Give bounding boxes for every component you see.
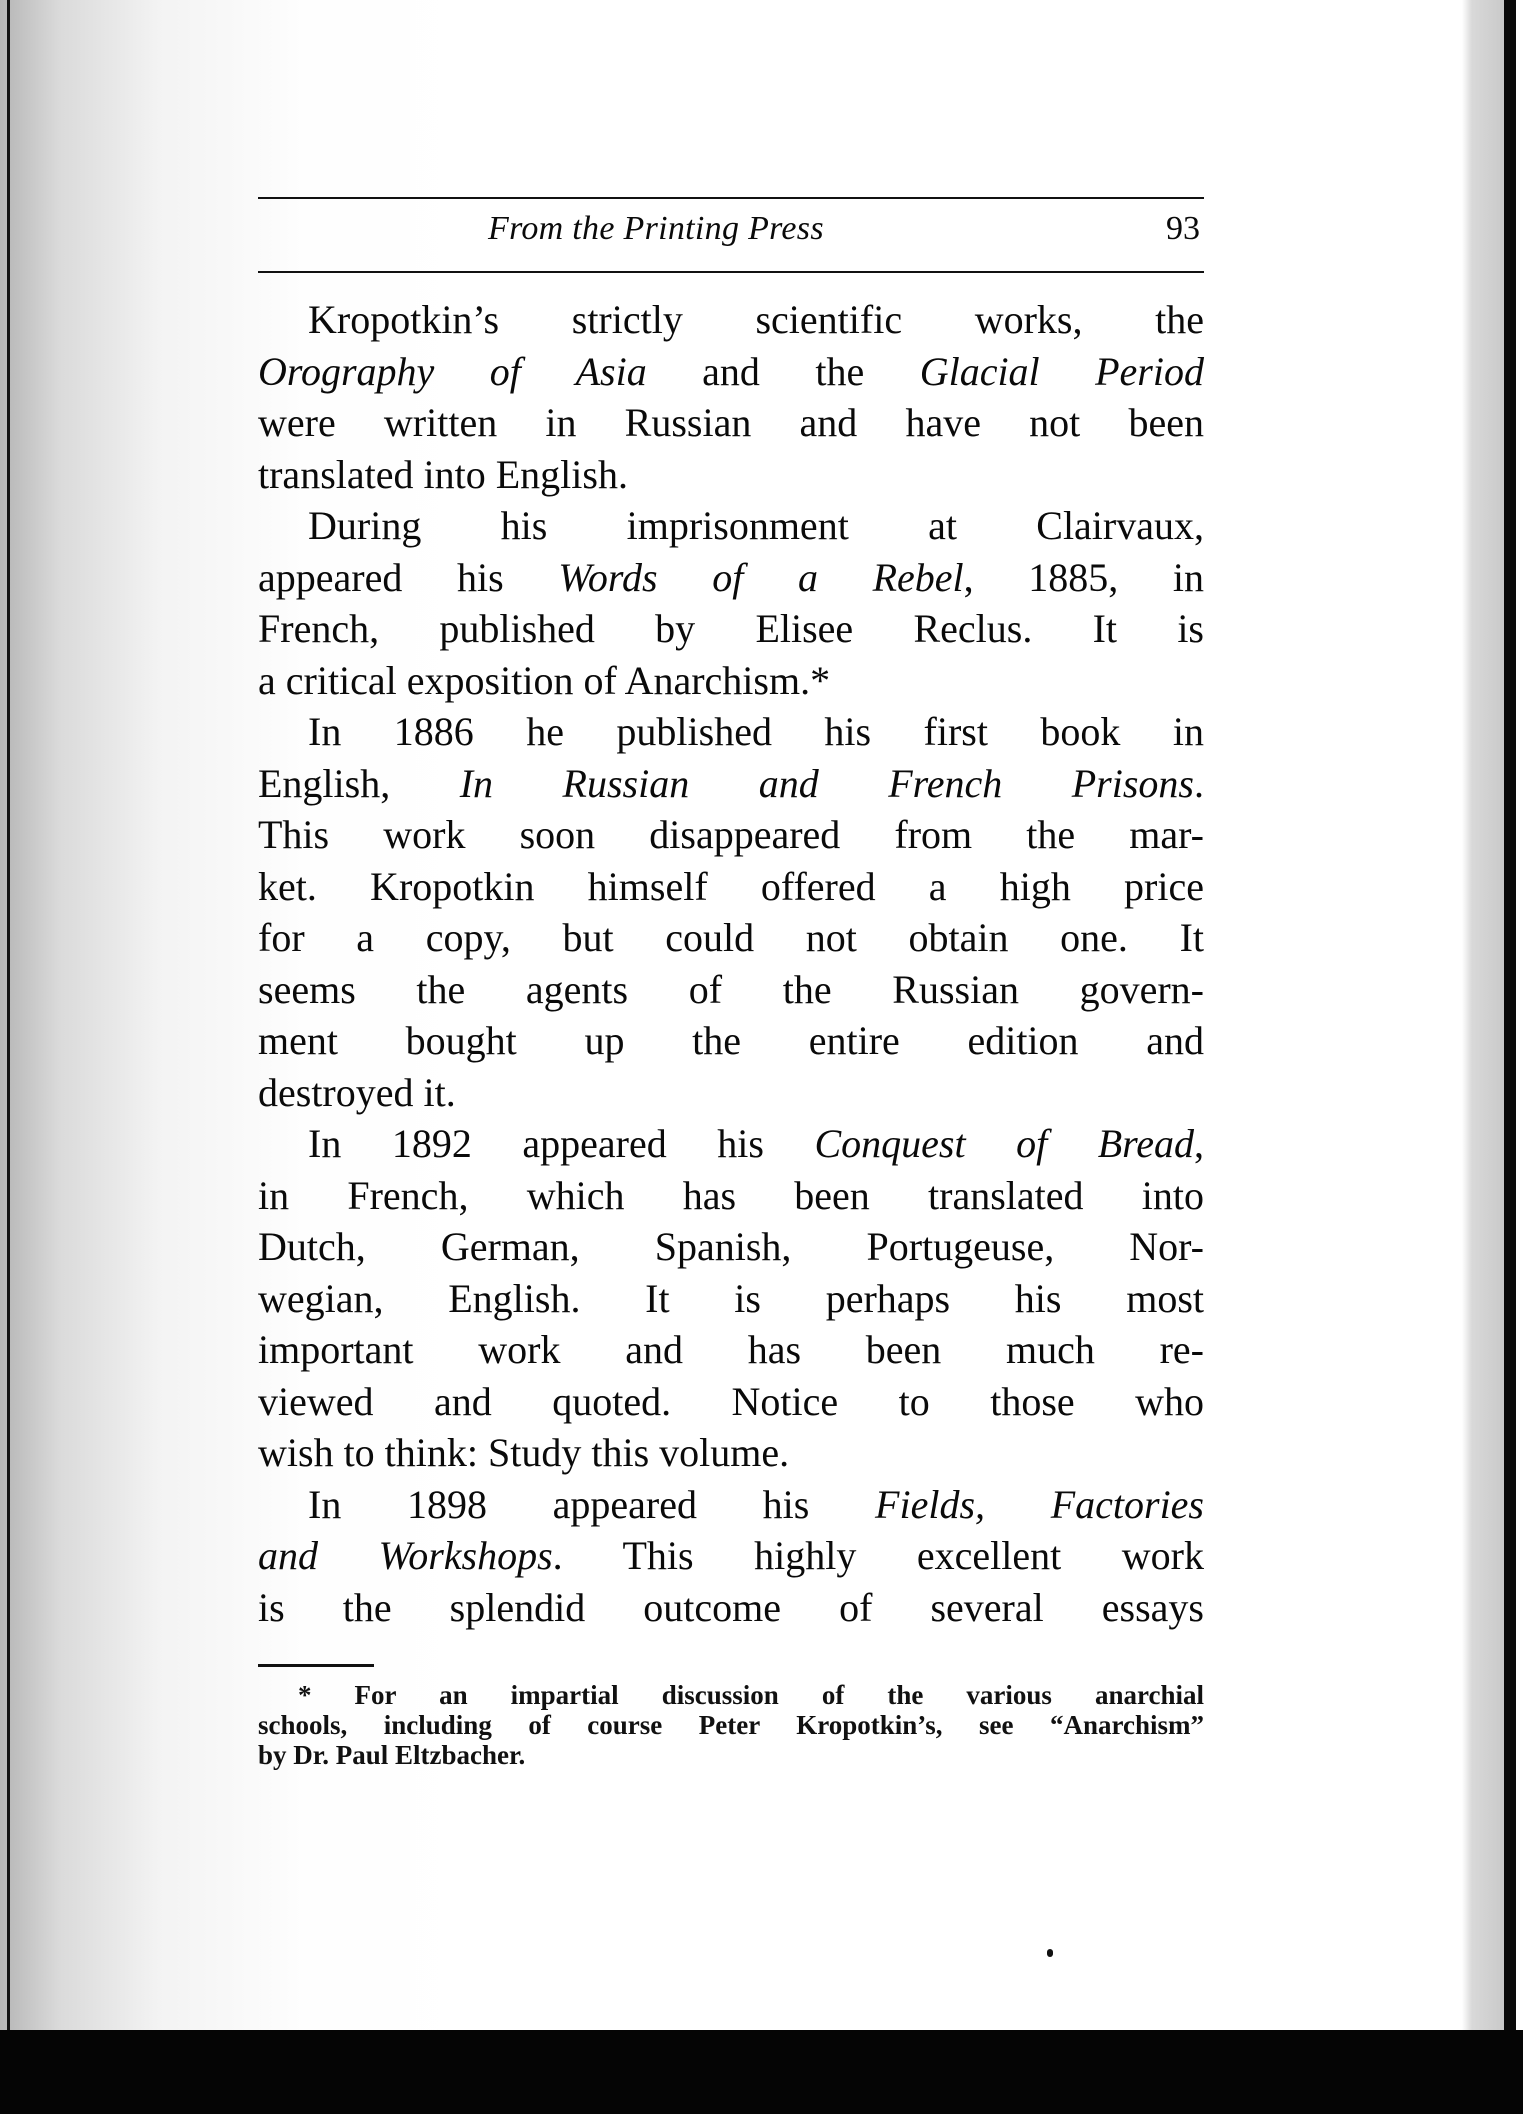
text-line: important work and has been much re- [258,1324,1204,1376]
header-rule-bottom [258,271,1204,273]
text-line: Orography of Asia and the Glacial Period [258,346,1204,398]
text-fragment: , 1885, in [964,555,1204,600]
text-line: translated into English. [258,449,1204,501]
ink-speck [1047,1949,1053,1957]
text-fragment: . This highly excellent work [553,1533,1204,1578]
text-line: destroyed it. [258,1067,1204,1119]
text-line: for a copy, but could not obtain one. It [258,912,1204,964]
text-line: wegian, English. It is perhaps his most [258,1273,1204,1325]
book-title-prisons: In Russian and French Prisons [460,761,1194,806]
text-line: In 1898 appeared his Fields, Factories [258,1479,1204,1531]
text-fragment: English, [258,761,460,806]
running-head-title: From the Printing Press [488,210,824,248]
text-line: in French, which has been translated int… [258,1170,1204,1222]
text-line: a critical exposition of Anarchism.* [258,655,1204,707]
text-fragment: appeared his [258,555,558,600]
page-number: 93 [1166,210,1200,248]
text-line: In 1892 appeared his Conquest of Bread, [258,1118,1204,1170]
text-fragment: and the [647,349,920,394]
page-edge-line-left [7,0,10,2035]
footnote-line: schools, including of course Peter Kropo… [258,1710,1204,1740]
text-line: viewed and quoted. Notice to those who [258,1376,1204,1428]
body-text: Kropotkin’s strictly scientific works, t… [258,294,1204,1633]
text-line: English, In Russian and French Prisons. [258,758,1204,810]
book-title-words-of-a-rebel: Words of a Rebel [558,555,963,600]
scan-border-bottom [0,2030,1523,2114]
page-edge-band-right [1504,0,1516,2035]
book-title-glacial-period: Glacial Period [920,349,1204,394]
book-title-orography: Orography of Asia [258,349,647,394]
text-line: French, published by Elisee Reclus. It i… [258,603,1204,655]
footnote-rule [258,1664,374,1667]
footnote: * For an impartial discussion of the var… [258,1680,1204,1770]
text-line: and Workshops. This highly excellent wor… [258,1530,1204,1582]
text-fragment: , [1194,1121,1204,1166]
text-line: seems the agents of the Russian govern- [258,964,1204,1016]
scan-margin-right [1516,0,1523,2114]
text-line: is the splendid outcome of several essay… [258,1582,1204,1634]
text-line: wish to think: Study this volume. [258,1427,1204,1479]
footnote-line: by Dr. Paul Eltzbacher. [258,1740,1204,1770]
text-fragment: In 1892 appeared his [308,1121,814,1166]
text-line: This work soon disappeared from the mar- [258,809,1204,861]
text-fragment: In 1898 appeared his [308,1482,875,1527]
running-head: From the Printing Press 93 [258,204,1204,264]
text-line: ment bought up the entire edition and [258,1015,1204,1067]
text-line: were written in Russian and have not bee… [258,397,1204,449]
page-gutter-shadow-right [1462,0,1506,2035]
text-line: ket. Kropotkin himself offered a high pr… [258,861,1204,913]
text-line: Kropotkin’s strictly scientific works, t… [258,294,1204,346]
text-line: appeared his Words of a Rebel, 1885, in [258,552,1204,604]
text-line: Dutch, German, Spanish, Portugeuse, Nor- [258,1221,1204,1273]
book-title-workshops: and Workshops [258,1533,553,1578]
text-line: In 1886 he published his first book in [258,706,1204,758]
book-title-conquest-of-bread: Conquest of Bread [814,1121,1194,1166]
header-rule-top [258,197,1204,199]
text-fragment: . [1194,761,1204,806]
book-title-fields-factories: Fields, Factories [875,1482,1204,1527]
footnote-line: * For an impartial discussion of the var… [258,1680,1204,1710]
text-line: During his imprisonment at Clairvaux, [258,500,1204,552]
